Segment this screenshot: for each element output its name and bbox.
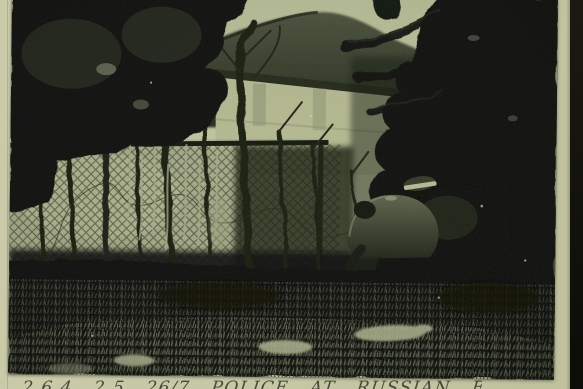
film-grain xyxy=(8,0,558,380)
handwritten-caption: 2.6.4 2.5 26/7 POLICE AT RUSSIAN EMBASSY xyxy=(22,378,482,389)
photo-art xyxy=(8,0,558,380)
caption-text: 2.6.4 2.5 26/7 POLICE AT RUSSIAN EMBASSY xyxy=(22,380,482,389)
scan-edge-strip xyxy=(570,0,583,389)
scanned-photo-page: 2.6.4 2.5 26/7 POLICE AT RUSSIAN EMBASSY xyxy=(0,0,583,389)
photograph xyxy=(8,0,558,380)
